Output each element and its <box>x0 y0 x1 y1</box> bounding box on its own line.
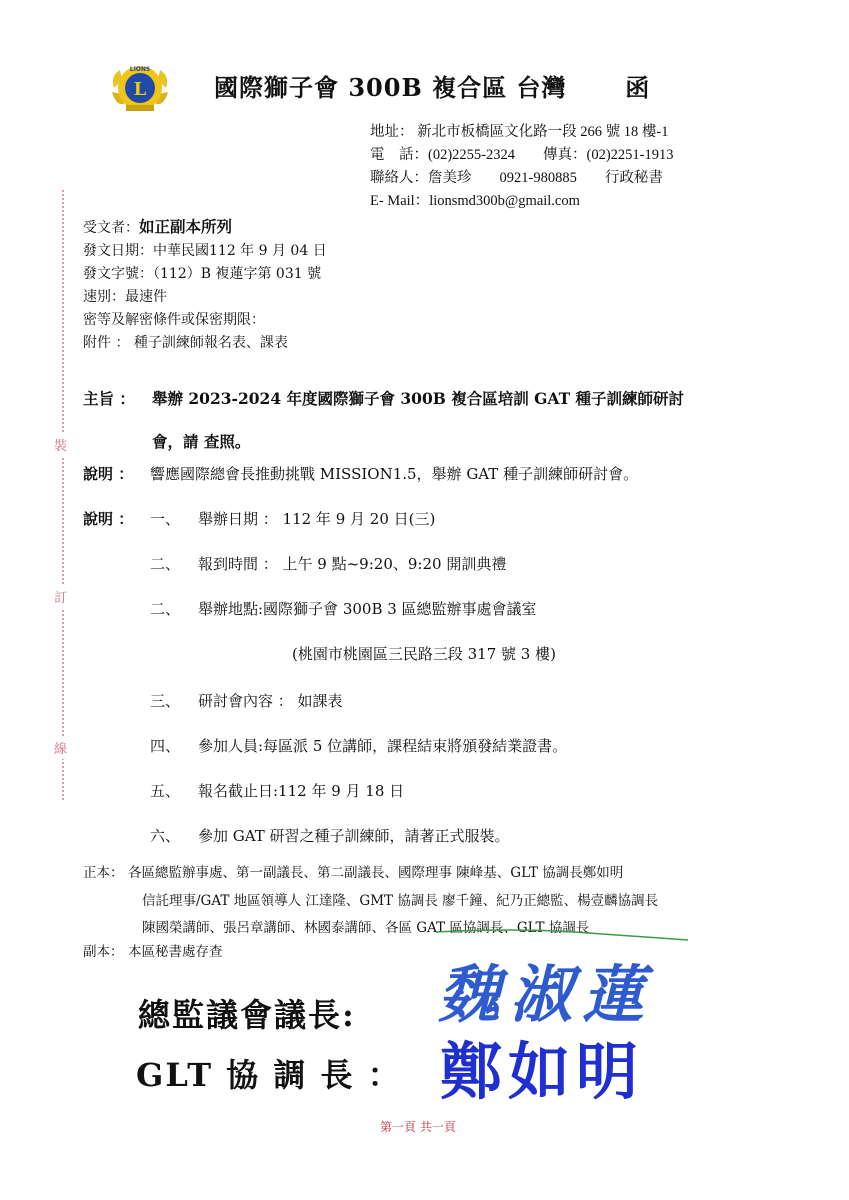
secrecy-label: 密等及解密條件或保密期限： <box>83 312 265 328</box>
phone-value: (02)2255-2324 <box>428 147 515 163</box>
subject-line-2: 會，請 查照。 <box>152 430 250 452</box>
contact-name: 詹美珍 <box>428 170 472 186</box>
list-item: 一、舉辦日期 ： 112 年 9 月 20 日(三) <box>150 508 435 529</box>
fax-value: (02)2251-1913 <box>587 147 674 163</box>
pen-stroke <box>434 926 690 942</box>
lions-logo-icon: L LIONS <box>108 58 172 118</box>
email-link[interactable]: lionsmd300b@gmail.com <box>429 193 580 209</box>
email-label: E- Mail： <box>370 193 429 209</box>
speed-value: 最速件 <box>125 289 167 305</box>
item-number: 二、 <box>150 598 198 619</box>
cc-main-label: 正本： <box>83 861 124 881</box>
explanation-label: 說明 ： <box>83 463 133 484</box>
contact-block: 地址： 新北市板橋區文化路一段 266 號 18 樓-1 電 話：(02)225… <box>370 121 674 213</box>
recipient-label: 受文者： <box>83 220 139 236</box>
list-item: 六、參加 GAT 研習之種子訓練師，請著正式服裝。 <box>150 825 510 846</box>
cc-copy-label: 副本： <box>83 940 124 960</box>
letterhead-title: 國際獅子會 300B 複合區 台灣 函 <box>214 68 650 103</box>
list-item: 三、研討會內容 ： 如課表 <box>150 690 343 711</box>
contact-title: 行政秘書 <box>605 170 663 186</box>
item-text: 參加 GAT 研習之種子訓練師，請著正式服裝。 <box>198 827 510 845</box>
cc-main-line: 信託理事/GAT 地區領導人 江達隆、GMT 協調長 廖千鐘、紀乃正總監、楊壹麟… <box>142 889 658 909</box>
address-value: 新北市板橋區文化路一段 266 號 18 樓-1 <box>417 124 668 140</box>
attachment-value: 種子訓練師報名表、課表 <box>134 335 288 351</box>
binding-char: 裝 <box>54 433 67 456</box>
item-number: 六、 <box>150 825 198 846</box>
contact-label: 聯絡人： <box>370 170 428 186</box>
item-text: 參加人員:每區派 5 位講師，課程結束將頒發結業證書。 <box>198 737 567 755</box>
fax-label: 傳真： <box>543 147 587 163</box>
org-name: 國際獅子會 300B <box>214 73 423 102</box>
item-text: 報到時間 ： 上午 9 點~9:20、9:20 開訓典禮 <box>198 555 506 573</box>
svg-text:L: L <box>134 79 147 100</box>
item-number: 一、 <box>150 508 198 529</box>
binding-char: 訂 <box>54 585 67 608</box>
item-number: 二、 <box>150 553 198 574</box>
item-text: 舉辦地點:國際獅子會 300B 3 區總監辦事處會議室 <box>198 600 537 618</box>
list-item: 二、舉辦地點:國際獅子會 300B 3 區總監辦事處會議室 <box>150 598 537 619</box>
subject-label: 主旨 ： <box>83 387 135 409</box>
item-text: 舉辦日期 ： 112 年 9 月 20 日(三) <box>198 510 435 528</box>
district-name: 複合區 台灣 <box>432 73 566 102</box>
subject-line-1: 舉辦 2023-2024 年度國際獅子會 300B 複合區培訓 GAT 種子訓練… <box>152 387 684 409</box>
item-number: 三、 <box>150 690 198 711</box>
attachment-label: 附件 ： <box>83 335 129 351</box>
speed-label: 速別： <box>83 289 125 305</box>
binding-line <box>62 190 64 800</box>
list-item: 五、報名截止日:112 年 9 月 18 日 <box>150 780 404 801</box>
list-item: 四、參加人員:每區派 5 位講師，課程結束將頒發結業證書。 <box>150 735 567 756</box>
list-item: 二、報到時間 ： 上午 9 點~9:20、9:20 開訓典禮 <box>150 553 506 574</box>
chair-label: 總監議會議長: <box>138 990 356 1036</box>
svg-text:LIONS: LIONS <box>130 66 151 73</box>
item-text: 研討會內容 ： 如課表 <box>198 692 343 710</box>
recipient-value: 如正副本所列 <box>139 217 232 236</box>
date-label: 發文日期： <box>83 243 153 259</box>
chair-signature-stamp: 魏淑蓮 <box>438 945 654 1034</box>
binding-char: 線 <box>54 736 67 759</box>
item-number: 四、 <box>150 735 198 756</box>
document-meta: 受文者：如正副本所列 發文日期：中華民國112 年 9 月 04 日 發文字號：… <box>83 215 327 355</box>
contact-phone: 0921-980885 <box>500 170 577 186</box>
phone-label: 電 話： <box>370 147 428 163</box>
date-value: 中華民國112 年 9 月 04 日 <box>153 243 327 259</box>
cc-copy-value: 本區秘書處存查 <box>128 940 223 960</box>
ref-label: 發文字號： <box>83 266 153 282</box>
glt-label: GLT 協 調 長 ： <box>136 1050 402 1096</box>
ref-value: （112）B 複蓮字第 031 號 <box>153 266 321 282</box>
doc-type: 函 <box>625 73 650 102</box>
explanation-text: 響應國際總會長推動挑戰 MISSION1.5，舉辦 GAT 種子訓練師研討會。 <box>150 463 638 484</box>
cc-main-line: 各區總監辦事處、第一副議長、第二副議長、國際理事 陳峰基、GLT 協調長鄭如明 <box>128 861 623 881</box>
item-text: 報名截止日:112 年 9 月 18 日 <box>198 782 404 800</box>
item-number: 五、 <box>150 780 198 801</box>
glt-signature-stamp: 鄭如明 <box>440 1022 644 1111</box>
page-number: 第一頁 共一頁 <box>380 1118 456 1135</box>
explanation-label: 說明 ： <box>83 508 133 529</box>
address-label: 地址： <box>370 124 414 140</box>
list-item-continuation: (桃園市桃園區三民路三段 317 號 3 樓) <box>292 643 556 664</box>
